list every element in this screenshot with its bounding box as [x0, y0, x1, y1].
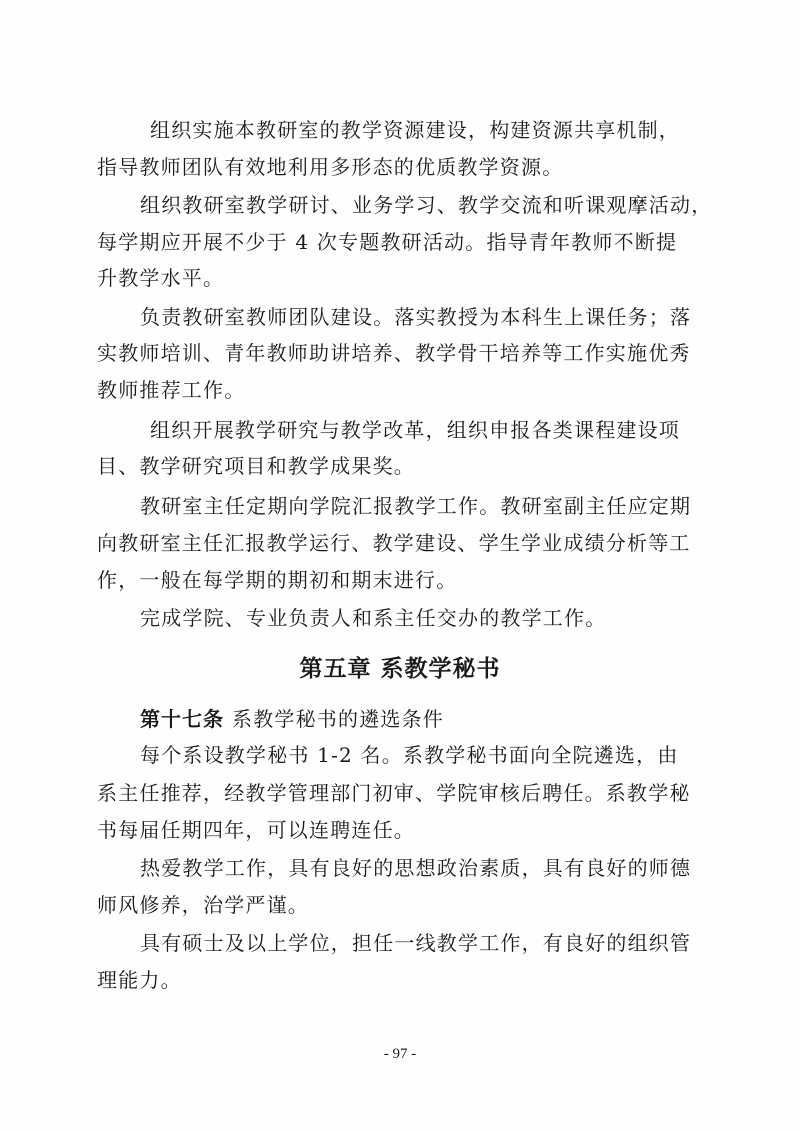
paragraph-line: 教研室主任定期向学院汇报教学工作。教研室副主任应定期	[140, 494, 691, 518]
paragraph-line: 理能力。	[97, 968, 182, 992]
paragraph-line: 系主任推荐，经教学管理部门初审、学院审核后聘任。系教学秘	[97, 781, 691, 805]
page-number: - 97 -	[0, 1046, 800, 1063]
article-number: 第十七条	[140, 707, 224, 731]
paragraph-line: 负责教研室教师团队建设。落实教授为本科生上课任务；落	[140, 305, 691, 329]
paragraph-line: 教师推荐工作。	[97, 378, 245, 402]
article-title: 系教学秘书的遴选条件	[232, 707, 444, 731]
paragraph-line: 作，一般在每学期的期初和期末进行。	[97, 568, 457, 592]
paragraph-line: 每个系设教学秘书 1-2 名。系教学秘书面向全院遴选，由	[140, 743, 679, 767]
paragraph-line: 升教学水平。	[97, 266, 224, 290]
paragraph-line: 完成学院、专业负责人和系主任交办的教学工作。	[140, 606, 606, 630]
paragraph-line: 每学期应开展不少于 4 次专题教研活动。指导青年教师不断提	[97, 230, 677, 254]
paragraph-line: 师风修养，治学严谨。	[97, 893, 309, 917]
paragraph-line: 组织实施本教研室的教学资源建设，构建资源共享机制，	[150, 118, 680, 142]
article-heading: 第十七条系教学秘书的遴选条件	[140, 707, 444, 731]
chapter-title: 第五章 系教学秘书	[0, 650, 800, 683]
paragraph-line: 具有硕士及以上学位，担任一线教学工作，有良好的组织管	[140, 931, 691, 955]
paragraph-line: 指导教师团队有效地利用多形态的优质教学资源。	[97, 155, 563, 179]
paragraph-line: 目、教学研究项目和教学成果奖。	[97, 454, 415, 478]
paragraph-line: 组织开展教学研究与教学改革，组织申报各类课程建设项	[150, 418, 680, 442]
paragraph-line: 热爱教学工作，具有良好的思想政治素质，具有良好的师德	[140, 856, 691, 880]
paragraph-line: 向教研室主任汇报教学运行、教学建设、学生学业成绩分析等工	[97, 531, 691, 555]
paragraph-line: 实教师培训、青年教师助讲培养、教学骨干培养等工作实施优秀	[97, 341, 691, 365]
paragraph-line: 组织教研室教学研讨、业务学习、教学交流和听课观摩活动，	[140, 193, 712, 217]
paragraph-line: 书每届任期四年，可以连聘连任。	[97, 818, 415, 842]
document-page: 组织实施本教研室的教学资源建设，构建资源共享机制， 指导教师团队有效地利用多形态…	[0, 0, 800, 1131]
